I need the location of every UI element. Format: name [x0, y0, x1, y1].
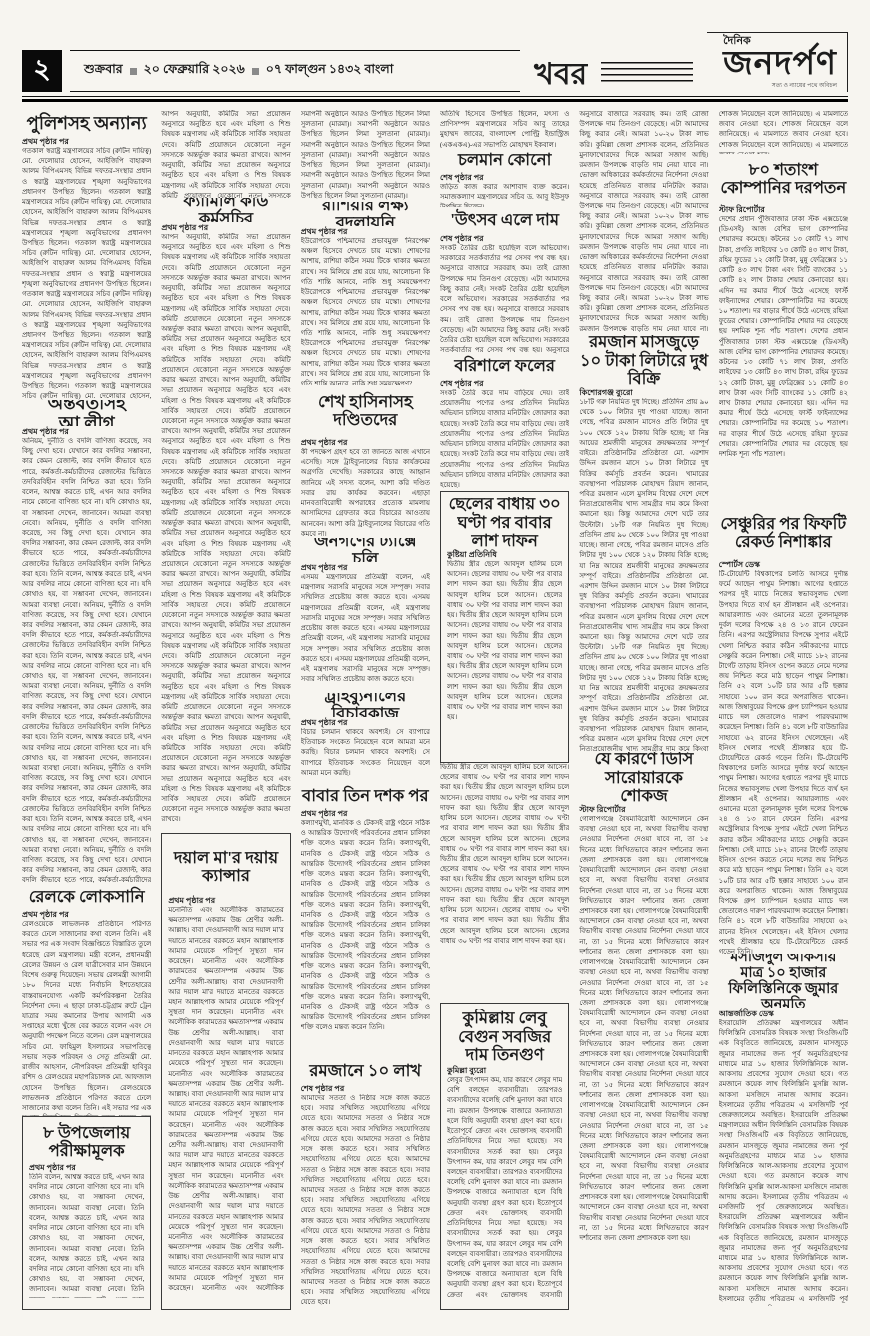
- story-cholman-body: জড়িত কাজ করার আশাবাদ ব্যক্ত করেন। সমাজক…: [440, 183, 569, 207]
- story-upazila-box: ৮ উপজেলায় পরীক্ষামূলক প্রথম পৃষ্ঠার পর …: [22, 1116, 151, 1310]
- byline: স্পোর্টস ডেস্ক: [719, 559, 848, 570]
- story-barishal-body: সংকট তৈরি করে দাম বাড়িয়ে দেয়। তাই প্র…: [440, 389, 569, 491]
- separator-square-icon: [130, 68, 137, 75]
- story-comilla-body: লেবুর উৎপাদন কম, যার কারণে লেবুর দাম বেশ…: [447, 1076, 562, 1297]
- headline-league: অন্তর্বর্তীসহ আ.লীগ: [22, 400, 151, 426]
- story-ramadan-lakh-body: আমাদের সততা ও নিষ্ঠার সঙ্গে কাজ করতে হবে…: [301, 1094, 430, 1310]
- story-russia-body: ইউরোপকে পশ্চিমাদের প্রভাবমুক্ত 'নিরপেক্ষ…: [301, 237, 430, 385]
- continued-label: শেষ পৃষ্ঠার পর: [440, 172, 569, 183]
- story-hasina-body: কী পদক্ষেপ গ্রহণ হবে তা জানতে আজ এখানে এ…: [301, 448, 430, 538]
- headline-hasina: শেখ হাসিনাসহ দণ্ডিতদের: [301, 385, 430, 437]
- column-1: পুলিশসহ অন্যান্য প্রথম পৃষ্ঠার পর গতকাল …: [22, 110, 151, 1310]
- story-stock-body: দেশের প্রধান পুঁজিবাজার ঢাকা স্টক এক্সচে…: [719, 215, 848, 507]
- section-title: খবর: [534, 60, 587, 90]
- story-police-body: গতকাল স্বরাষ্ট্র মন্ত্রণালয়ের সচিব (রুট…: [22, 147, 151, 400]
- news-columns: পুলিশসহ অন্যান্য প্রথম পৃষ্ঠার পর গতকাল …: [0, 102, 870, 1310]
- header-rule-thin: [22, 96, 848, 97]
- continued-label: প্রথম পৃষ্ঠার পর: [301, 437, 430, 448]
- masthead: দৈনিক জনদর্পণ সত্য ও ন্যায়ের পথে অবিচল: [707, 32, 848, 92]
- byline: কিশোরগঞ্জ ব্যুরো: [579, 387, 708, 398]
- continuation-col4-mid: দ্বিতীয় স্ত্রীর ছেলে আবদুল হালিম চলে আস…: [440, 763, 569, 1003]
- story-son-body: দ্বিতীয় স্ত্রীর ছেলে আবদুল হালিম চলে আস…: [447, 560, 562, 746]
- newspaper-page: ২ শুক্রবার ২০ ফেব্রুয়ারি ২০২৬ ০৭ ফাল্গু…: [0, 0, 870, 1336]
- headline-barishal: বরিশালে ফলের: [440, 354, 569, 378]
- column-2: আপন অনুযায়ী, কমিটির সভা প্রয়োজন অনুসার…: [161, 110, 290, 1310]
- continued-label: প্রথম পৃষ্ঠার পর: [301, 226, 430, 237]
- headline-russia: রাশিয়ার লক্ষ্য বদলায়নি: [301, 202, 430, 226]
- continuation-col3-top: সমাপনী অনুষ্ঠানে আরও উপস্থিত ছিলেন লিমা …: [301, 110, 430, 202]
- byline: স্টাফ রিপোর্টার: [719, 204, 848, 215]
- column-5: অনুসারে বাজারে সরবরাহ কম। তাই রোজা উপলক্…: [579, 110, 708, 1310]
- masthead-tagline: সত্য ও ন্যায়ের পথে অবিচল: [723, 82, 837, 90]
- decorative-lines-icon: [601, 62, 693, 86]
- headline-comilla: কুমিল্লায় লেবু বেগুন সবজির দাম তিনগুণ: [447, 1009, 562, 1065]
- continued-label: প্রথম পৃষ্ঠার পর: [168, 895, 283, 906]
- headline-nishanka: সেঞ্চুরির পর ফিফটি রেকর্ড নিশাঙ্কার: [719, 507, 848, 559]
- story-dc-body: গোলাপগঞ্জে বৈষম্যবিরোধী আন্দোলনে কেন ব্য…: [579, 815, 708, 1308]
- continuation-col5-top: অনুসারে বাজারে সরবরাহ কম। তাই রোজা উপলক্…: [579, 110, 708, 335]
- headline-tax: জনগণের ট্যাক্সে চলি: [301, 538, 430, 562]
- headline-stock: ৮০ শতাংশ কোম্পানির দরপতন: [719, 154, 848, 204]
- continued-label: প্রথম পৃষ্ঠার পর: [22, 909, 151, 920]
- headline-utshob: 'উৎসব এলে দাম: [440, 207, 569, 233]
- separator-square-icon: [252, 68, 259, 75]
- story-tax-body: এসময় মন্ত্রণালয়ের প্রতিমন্ত্রী বলেন, এ…: [301, 573, 430, 693]
- byline: কুষ্টিয়া প্রতিনিধি: [447, 549, 562, 560]
- byline: কুমিল্লা ব্যুরো: [447, 1065, 562, 1076]
- column-3: সমাপনী অনুষ্ঠানে আরও উপস্থিত ছিলেন লিমা …: [301, 110, 430, 1310]
- story-league-body: অনিয়ম, দুর্নীতি ও বদলি বাণিজ্য করেছে, স…: [22, 437, 151, 885]
- date-bangla: ০৭ ফাল্গুন ১৪৩২ বাংলা: [266, 61, 394, 81]
- headline-police: পুলিশসহ অন্যান্য: [22, 110, 151, 136]
- continued-label: প্রথম পৃষ্ঠার পর: [29, 1162, 144, 1173]
- headline-cholman: চলমান কোনো: [440, 148, 569, 172]
- continued-label: প্রথম পৃষ্ঠার পর: [301, 562, 430, 573]
- column-4: অতিথি হিসেবে উপস্থিত ছিলেন, মৎস্য ও প্রা…: [440, 110, 569, 1310]
- headline-tribunal: ট্রাইব্যুনালের বিচারকাজ: [301, 693, 430, 717]
- page-number: ২: [22, 50, 62, 92]
- story-aqsa-body: ইসরায়েলি প্রতিরক্ষা মন্ত্রণালয়ের অধীন …: [719, 1019, 848, 1306]
- continuation-col6-top: শোকজ নিয়েছেন বলে জানিয়েছে। এ মামলাতে জ…: [719, 110, 848, 154]
- story-family-body: আপন অনুযায়ী, কমিটির সভা প্রয়োজন অনুসার…: [161, 233, 290, 833]
- page-header: ২ শুক্রবার ২০ ফেব্রুয়ারি ২০২৬ ০৭ ফাল্গু…: [0, 0, 870, 92]
- weekday: শুক্রবার: [84, 61, 123, 81]
- headline-family-card: ফ্যামিলি কার্ড কর্মসূচির: [161, 198, 290, 222]
- continued-label: প্রথম পৃষ্ঠার পর: [161, 222, 290, 233]
- story-milk-body: ১৮টি গরু নিয়মিত দুধ দিচ্ছে। প্রতিদিন প্…: [579, 398, 708, 752]
- continued-label: প্রথম পৃষ্ঠার পর: [301, 717, 430, 728]
- continued-label: প্রথম পৃষ্ঠার পর: [301, 808, 430, 819]
- continuation-col4-top: অতিথি হিসেবে উপস্থিত ছিলেন, মৎস্য ও প্রা…: [440, 110, 569, 148]
- continued-label: শেষ পৃষ্ঠার পর: [440, 233, 569, 244]
- headline-father: বাবার তিন দশক পর: [301, 784, 430, 808]
- headline-doyal: দয়াল মা'র দয়ায় ক্যান্সার: [168, 839, 283, 895]
- headline-milk: রমজান মাসজুড়ে ১০ টাকা লিটারে দুধ বিক্রি: [579, 335, 708, 387]
- date-gregorian: ২০ ফেব্রুয়ারি ২০২৬: [144, 61, 245, 81]
- date-bar: শুক্রবার ২০ ফেব্রুয়ারি ২০২৬ ০৭ ফাল্গুন …: [70, 50, 520, 92]
- continued-label: শেষ পৃষ্ঠার পর: [301, 1083, 430, 1094]
- story-rail-body: রেলওয়েকে লাভজনক প্রতিষ্ঠানে পরিণত করতে …: [22, 920, 151, 1116]
- story-comilla-box: কুমিল্লায় লেবু বেগুন সবজির দাম তিনগুণ ক…: [440, 1003, 569, 1310]
- story-utshob-body: সংকট তৈরির চেষ্টা হয়েছিল বলে অভিযোগ। সর…: [440, 244, 569, 354]
- continuation-col2-top: আপন অনুযায়ী, কমিটির সভা প্রয়োজন অনুসার…: [161, 110, 290, 198]
- story-father-body: কল্যাণমুখী, মানবিক ও টেকসই রাষ্ট্র গঠনে …: [301, 819, 430, 1059]
- continued-label: শেষ পৃষ্ঠার পর: [440, 378, 569, 389]
- story-doyal-body: মনোনীত এবং অলৌকিক কারামতের ক্ষমতাসম্পন্ন…: [168, 906, 283, 1291]
- story-tribunal-body: বিচার চলমান থাকবে অবশ্যই। সে ব্যাপারে ইত…: [301, 728, 430, 784]
- story-nishanka-body: টি-টোয়েন্টি বিশ্বকাপের চলতি আসরে দুর্দা…: [719, 570, 848, 954]
- masthead-title: জনদর্পণ: [723, 47, 837, 82]
- headline-ramadan-lakh: রমজানে ১০ লাখ: [301, 1059, 430, 1083]
- story-upazila-body: তিনি বলেন, আশ্বস্ত করতে চাই, এখন আর বদলি…: [29, 1173, 144, 1298]
- headline-son: ছেলের বাধায় ৩০ ঘণ্টা পর বাবার লাশ দাফন: [447, 497, 562, 549]
- continued-label: প্রথম পৃষ্ঠার পর: [22, 136, 151, 147]
- story-doyal-box: দয়াল মা'র দয়ায় ক্যান্সার প্রথম পৃষ্ঠা…: [161, 833, 290, 1310]
- byline: স্টাফ রিপোর্টার: [579, 804, 708, 815]
- headline-upazila: ৮ উপজেলায় পরীক্ষামূলক: [29, 1122, 144, 1162]
- headline-aqsa: মসজিদুল আকসায় মাত্র ১০ হাজার ফিলিস্তিনি…: [719, 954, 848, 1008]
- headline-rail: রেলকে লোকসানি: [22, 885, 151, 909]
- continued-label: প্রথম পৃষ্ঠার পর: [22, 426, 151, 437]
- headline-dc-showcause: যে কারণে ডিসি সারোয়ারকে শোকজ: [579, 752, 708, 804]
- byline: আন্তর্জাতিক ডেস্ক: [719, 1008, 848, 1019]
- story-son-box: ছেলের বাধায় ৩০ ঘণ্টা পর বাবার লাশ দাফন …: [440, 491, 569, 763]
- column-6: শোকজ নিয়েছেন বলে জানিয়েছে। এ মামলাতে জ…: [719, 110, 848, 1310]
